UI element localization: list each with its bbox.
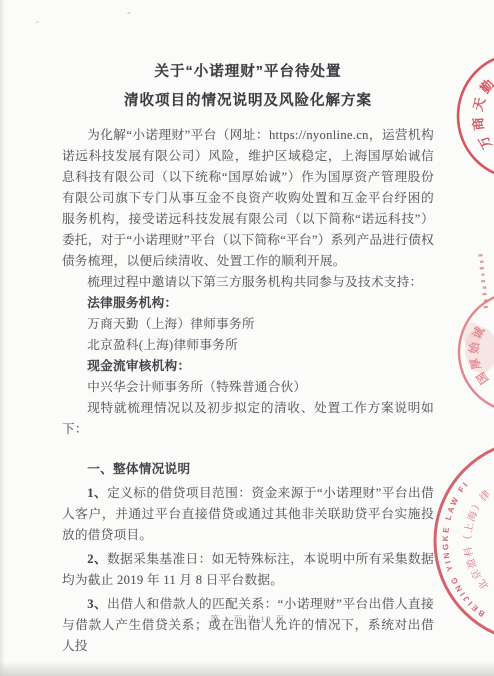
cashflow-audit-heading: 现金流审核机构：: [62, 356, 434, 377]
scan-left-edge-shadow: [0, 0, 5, 676]
invite-paragraph: 梳理过程中邀请以下第三方服务机构共同参与及技术支持：: [62, 272, 434, 293]
scanned-document-page: 关于“小诺理财”平台待处置 清收项目的情况说明及风险化解方案 为化解“小诺理财”…: [0, 0, 494, 676]
document-title: 关于“小诺理财”平台待处置 清收项目的情况说明及风险化解方案: [62, 58, 434, 116]
item-1-text: 定义标的借贷项目范围：资金来源于“小诺理财”平台出借人客户，并通过平台直接借贷或…: [62, 486, 434, 542]
item-2-text: 数据采集基准日：如无特殊标注，本说明中所有采集数据均为截止 2019 年 11 …: [62, 552, 434, 587]
item-1-number: 1、: [87, 486, 107, 500]
intro-paragraph: 为化解“小诺理财”平台（网址：https://nyonline.cn，运营机构诺…: [62, 125, 434, 272]
list-item-2: 2、数据采集基准日：如无特殊标注，本说明中所有采集数据均为截止 2019 年 1…: [62, 549, 434, 591]
document-content: 关于“小诺理财”平台待处置 清收项目的情况说明及风险化解方案 为化解“小诺理财”…: [62, 58, 434, 657]
yingke-seal-inner-text: 北京盈科（上海）律: [461, 486, 494, 592]
svg-text:万商天勤: 万商天勤: [470, 73, 494, 152]
yingke-law-firm-seal: BEIJING YINGKE LAW FI 北京盈科（上海）律: [435, 440, 494, 642]
svg-text:国厚始诚: 国厚始诚: [467, 322, 492, 387]
yingke-seal-arc-text: BEIJING YINGKE LAW FI: [441, 479, 487, 619]
law-firm-yingke: 北京盈科(上海)律师事务所: [62, 335, 434, 356]
wanshangtianqin-seal: 万商天勤: [458, 54, 494, 178]
accounting-firm-zhongxinghua: 中兴华会计师事务所（特殊普通合伙）: [62, 377, 434, 398]
legal-services-heading: 法律服务机构：: [62, 293, 434, 314]
wanshangtianqin-seal-text: 万商天勤: [470, 73, 494, 152]
item-3-text: 出借人和借款人的匹配关系：“小诺理财”平台出借人直接与借款人产生借贷关系；或在出…: [62, 597, 434, 653]
plan-paragraph: 现特就梳理情况以及初步拟定的清收、处置工作方案说明如下：: [62, 398, 434, 440]
guohou-seal-text: 国厚始诚: [467, 322, 492, 387]
guohou-shicheng-seal: 国厚始诚: [459, 292, 494, 412]
title-line-2: 清收项目的情况说明及风险化解方案: [62, 87, 434, 116]
scan-speck: [36, 20, 40, 23]
list-item-1: 1、定义标的借贷项目范围：资金来源于“小诺理财”平台出借人客户，并通过平台直接借…: [62, 483, 434, 546]
scan-bottom-edge-shadow: [0, 661, 494, 676]
section-1-heading: 一、整体情况说明: [62, 459, 434, 480]
title-line-1: 关于“小诺理财”平台待处置: [62, 58, 434, 87]
item-2-number: 2、: [87, 552, 107, 566]
law-firm-wanshangtianqin: 万商天勤（上海）律师事务所: [62, 314, 434, 335]
item-3-number: 3、: [87, 597, 107, 611]
list-item-3: 3、出借人和借款人的匹配关系：“小诺理财”平台出借人直接与借款人产生借贷关系；或…: [62, 594, 434, 657]
svg-text:北京盈科（上海）律: 北京盈科（上海）律: [461, 486, 494, 592]
svg-text:BEIJING YINGKE LAW FI: BEIJING YINGKE LAW FI: [441, 479, 487, 619]
page-number: 第 1 页 共 10 页: [62, 613, 434, 625]
vertical-red-marks: [478, 254, 488, 308]
scan-speck: [127, 11, 131, 14]
